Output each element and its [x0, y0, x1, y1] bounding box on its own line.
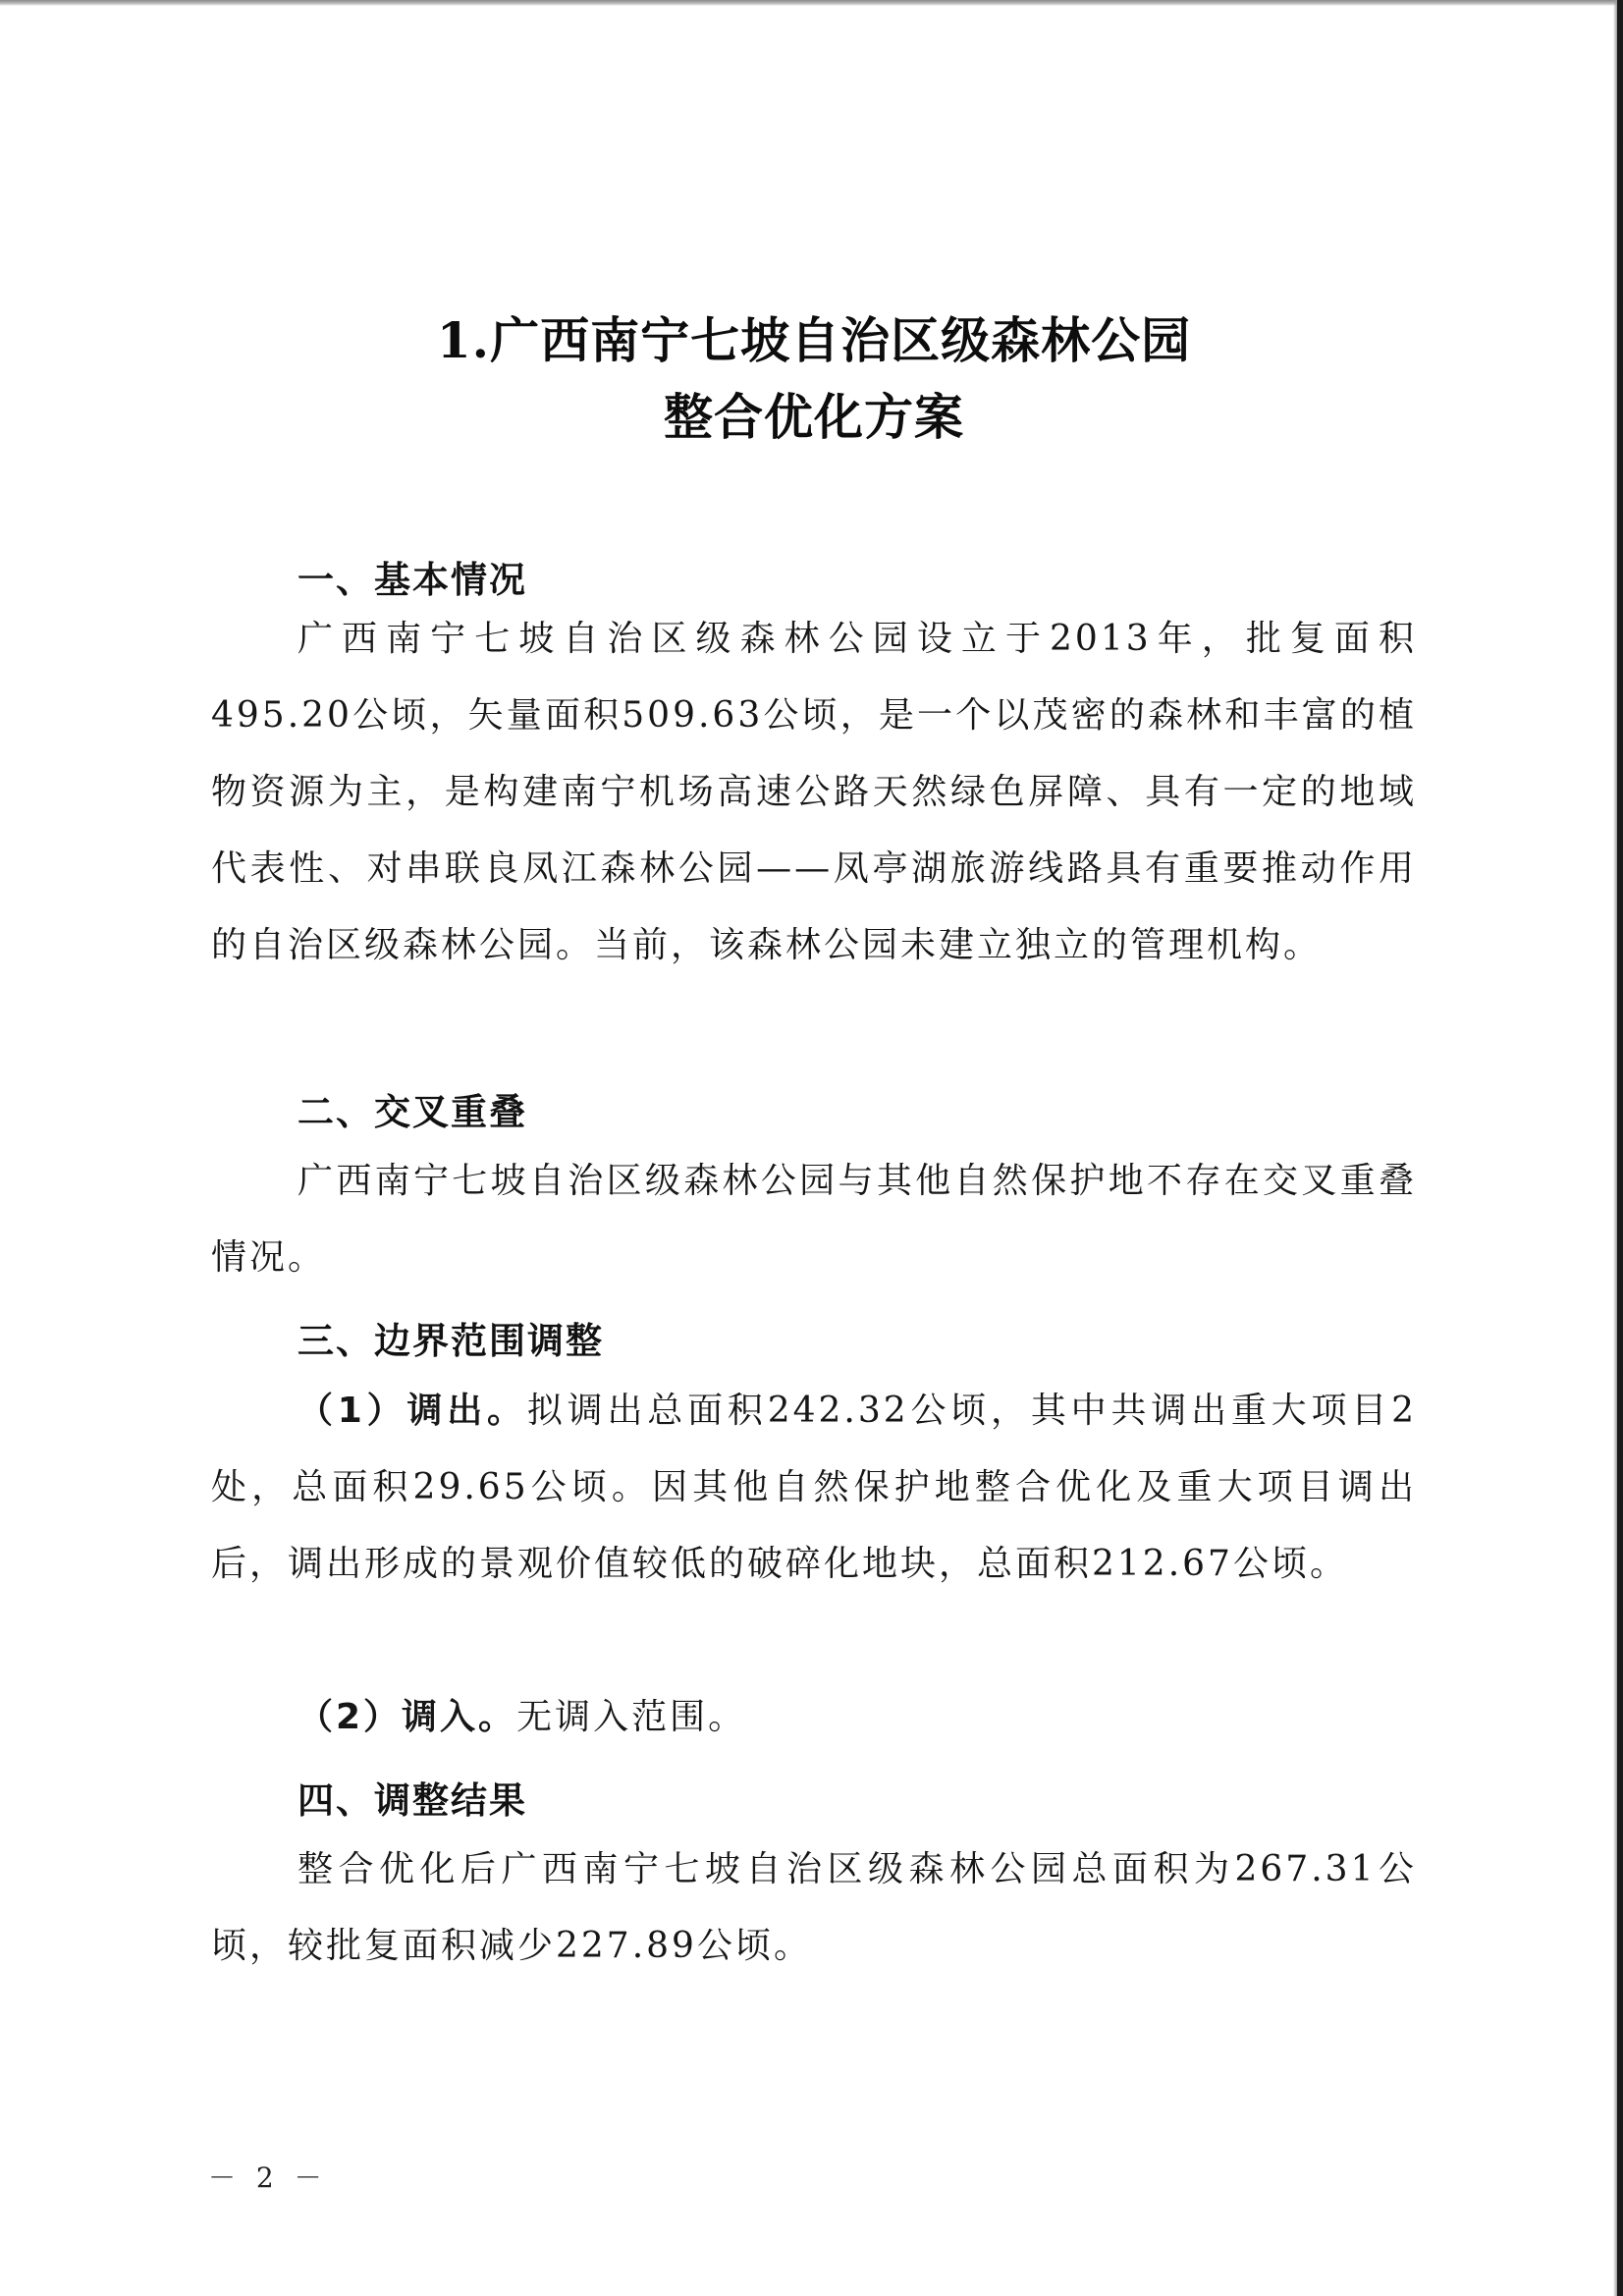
paragraph-text: 整合优化后广西南宁七坡自治区级森林公园总面积为267.31公顷，较批复面积减少2…: [211, 1849, 1417, 1966]
paragraph-text: 无调入范围。: [516, 1697, 746, 1737]
section-paragraph-overlap: 广西南宁七坡自治区级森林公园与其他自然保护地不存在交叉重叠情况。: [211, 1143, 1417, 1296]
section-heading-result: 四、调整结果: [298, 1782, 527, 1819]
paragraph-text: 广西南宁七坡自治区级森林公园与其他自然保护地不存在交叉重叠情况。: [211, 1161, 1417, 1278]
document-title-line-2: 整合优化方案: [211, 393, 1417, 442]
page-number: － 2 －: [208, 2157, 328, 2196]
paragraph-text: 广西南宁七坡自治区级森林公园设立于2013年，批复面积495.20公顷，矢量面积…: [211, 619, 1417, 965]
paragraph-lead-addition: （2）调入。: [298, 1697, 516, 1737]
section-heading-overlap: 二、交叉重叠: [298, 1094, 527, 1130]
section-paragraph-result: 整合优化后广西南宁七坡自治区级森林公园总面积为267.31公顷，较批复面积减少2…: [211, 1831, 1417, 1985]
scan-top-edge: [0, 0, 1623, 6]
section-heading-boundary-adjustment: 三、边界范围调整: [298, 1323, 604, 1359]
document-title-line-1: 1.广西南宁七坡自治区级森林公园: [211, 316, 1417, 365]
section-paragraph-addition: （2）调入。无调入范围。: [211, 1679, 1417, 1756]
scan-right-edge: [1617, 0, 1623, 2296]
section-paragraph-basic-info: 广西南宁七坡自治区级森林公园设立于2013年，批复面积495.20公顷，矢量面积…: [211, 601, 1417, 984]
paragraph-lead-removal: （1）调出。: [298, 1391, 527, 1431]
section-heading-basic-info: 一、基本情况: [298, 562, 527, 598]
section-paragraph-removal: （1）调出。拟调出总面积242.32公顷，其中共调出重大项目2处，总面积29.6…: [211, 1373, 1417, 1603]
